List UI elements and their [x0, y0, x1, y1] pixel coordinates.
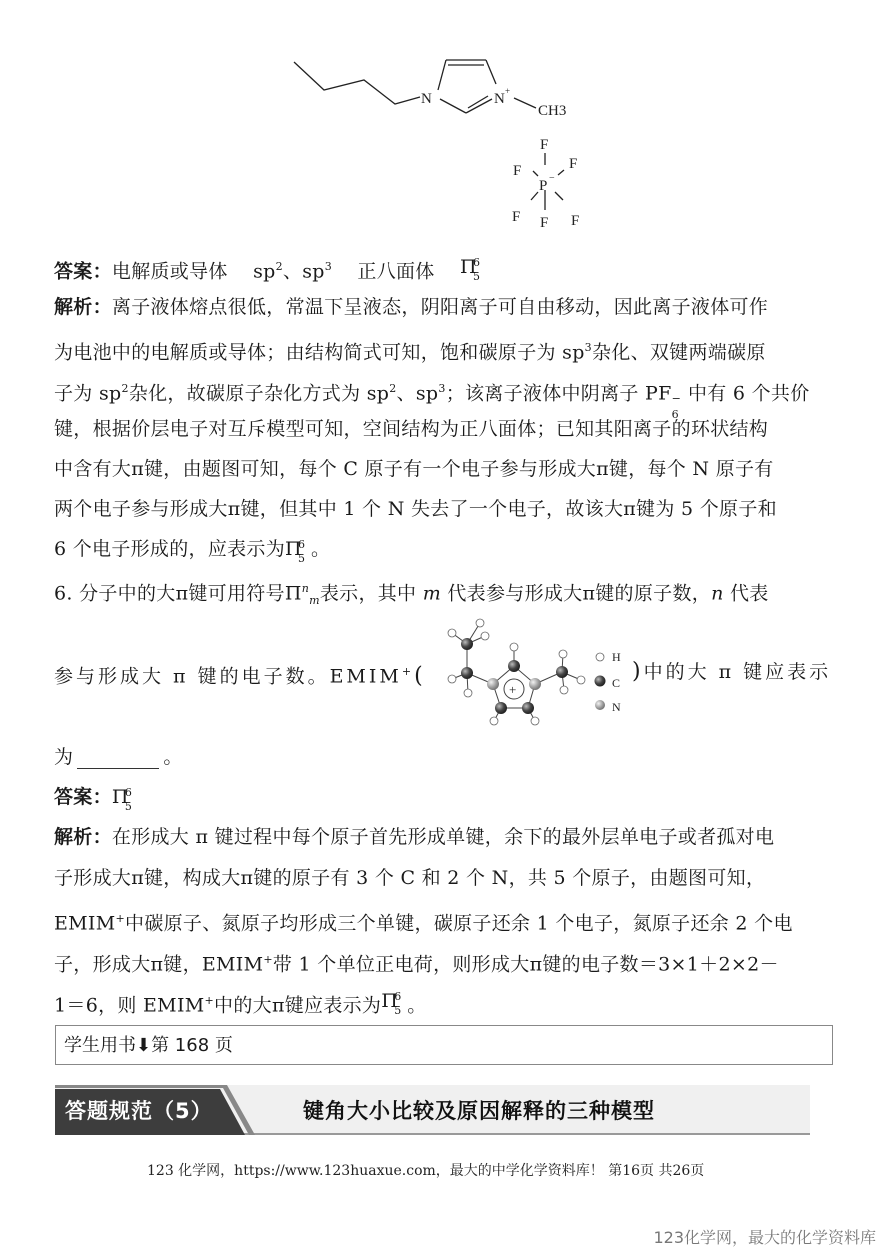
- q5-answer-line: 答案：电解质或导体 sp2、sp3 正八面体 Π65: [54, 255, 486, 283]
- emim-cation-figure: + H C N: [430, 618, 630, 726]
- analysis-text: 为电池中的电解质或导体；由结构简式可知，饱和碳原子为 sp: [54, 341, 585, 363]
- svg-text:F: F: [571, 213, 579, 229]
- analysis-label: 解析：: [54, 826, 112, 848]
- q6-analysis-line-5: 1＝6，则 EMIM+中的大π键应表示为Π65。: [54, 989, 427, 1017]
- q5-analysis-line-6: 两个电子参与形成大π键，但其中 1 个 N 失去了一个电子，故该大π键为 5 个…: [54, 497, 777, 521]
- q6-analysis-line-2: 子形成大π键，构成大π键的原子有 3 个 C 和 2 个 N，共 5 个原子，由…: [54, 866, 765, 890]
- section-banner: 答题规范（5） 键角大小比较及原因解释的三种模型: [55, 1085, 810, 1135]
- answer-part: 、sp: [283, 260, 325, 282]
- superscript: 3: [585, 341, 592, 354]
- superscript: 2: [121, 382, 128, 395]
- analysis-text: 中的大π键应表示为: [214, 994, 381, 1016]
- section-tag: 答题规范（5）: [65, 1095, 213, 1125]
- svg-text:F: F: [540, 137, 548, 153]
- analysis-text: 键，根据价层电子对互斥模型可知，空间结构为正八面体；已知其阳离子的环状结构: [54, 418, 768, 440]
- question-text: 代表参与形成大π键的原子数，: [441, 582, 711, 604]
- legend-n-label: N: [612, 700, 621, 714]
- q6-question-line-1: 6. 分子中的大π键可用符号Πnm表示，其中 m 代表参与形成大π键的原子数，n…: [54, 577, 769, 613]
- analysis-text: 中有 6 个共价: [682, 382, 810, 404]
- svg-text:CH3: CH3: [538, 103, 566, 119]
- q6-analysis-line-3: EMIM+中碳原子、氮原子均形成三个单键，碳原子还余 1 个电子，氮原子还余 2…: [54, 907, 793, 935]
- analysis-text: 杂化、双键两端碳原: [592, 341, 766, 363]
- analysis-text: 子为 sp: [54, 382, 121, 404]
- q5-analysis-line-3: 子为 sp2杂化，故碳原子杂化方式为 sp2、sp3；该离子液体中阴离子 PF−…: [54, 377, 810, 405]
- svg-text:−: −: [549, 173, 555, 184]
- textbook-reference-box: 学生用书⬇第 168 页: [55, 1025, 833, 1065]
- question-text: 6. 分子中的大π键可用符号Π: [54, 582, 302, 604]
- analysis-text: 。: [311, 538, 330, 560]
- answer-part: sp: [253, 260, 276, 282]
- q6-analysis-line-4: 子，形成大π键，EMIM+带 1 个单位正电荷，则形成大π键的电子数＝3×1＋2…: [54, 948, 779, 976]
- legend-n-icon: [595, 700, 605, 710]
- analysis-text: 两个电子参与形成大π键，但其中 1 个 N 失去了一个电子，故该大π键为 5 个…: [54, 498, 777, 520]
- variable-n: n: [711, 582, 724, 604]
- section-title: 键角大小比较及原因解释的三种模型: [303, 1095, 655, 1125]
- superscript: +: [263, 953, 273, 966]
- superscript: 3: [438, 382, 445, 395]
- analysis-text: 1＝6，则 EMIM: [54, 994, 205, 1016]
- superscript: 2: [276, 260, 283, 273]
- analysis-text: 子，形成大π键，EMIM: [54, 953, 263, 975]
- q6-question-line-2-end: )中的大 π 键应表示: [632, 660, 831, 684]
- superscript: +: [402, 665, 414, 678]
- svg-text:N: N: [494, 91, 505, 107]
- svg-text:+: +: [505, 86, 510, 96]
- question-text: 中的大 π 键应表示: [644, 661, 832, 683]
- q6-answer-line: 答案：Π65: [54, 785, 138, 809]
- analysis-text: ；该离子液体中阴离子 PF: [446, 382, 672, 404]
- answer-label: 答案：: [54, 260, 112, 282]
- analysis-text: 。: [407, 994, 426, 1016]
- answer-blank: [77, 748, 159, 769]
- question-text: 。: [163, 746, 182, 768]
- answer-part: 正八面体: [357, 260, 434, 282]
- analysis-label: 解析：: [54, 296, 112, 318]
- answer-part: 电解质或导体: [112, 260, 228, 282]
- textbook-reference-text: 学生用书⬇第 168 页: [64, 1031, 233, 1057]
- superscript: +: [115, 912, 125, 925]
- superscript: 2: [389, 382, 396, 395]
- analysis-text: 子形成大π键，构成大π键的原子有 3 个 C 和 2 个 N，共 5 个原子，由…: [54, 867, 765, 889]
- legend-c-icon: [595, 676, 606, 687]
- answer-label: 答案：: [54, 786, 112, 808]
- q5-analysis-line-5: 中含有大π键，由题图可知，每个 C 原子有一个电子参与形成大π键，每个 N 原子…: [54, 457, 774, 481]
- svg-text:F: F: [569, 156, 577, 172]
- superscript: +: [205, 994, 215, 1007]
- svg-text:F: F: [513, 163, 521, 179]
- q5-analysis-line-2: 为电池中的电解质或导体；由结构简式可知，饱和碳原子为 sp3杂化、双键两端碳原: [54, 336, 766, 364]
- svg-text:P: P: [539, 178, 547, 194]
- q5-analysis-line-4: 键，根据价层电子对互斥模型可知，空间结构为正八面体；已知其阳离子的环状结构: [54, 417, 768, 441]
- legend-h-label: H: [612, 650, 621, 664]
- pi-bond-symbol: Π65: [112, 785, 138, 809]
- pi-bond-symbol: Π65: [285, 537, 311, 561]
- analysis-text: 中含有大π键，由题图可知，每个 C 原子有一个电子参与形成大π键，每个 N 原子…: [54, 458, 774, 480]
- pi-bond-symbol: Π65: [381, 989, 407, 1013]
- legend-c-label: C: [612, 676, 620, 690]
- analysis-text: 、sp: [397, 382, 439, 404]
- legend-h-icon: [596, 653, 604, 661]
- svg-text:F: F: [540, 215, 548, 231]
- analysis-text: 中碳原子、氮原子均形成三个单键，碳原子还余 1 个电子，氮原子还余 2 个电: [125, 912, 793, 934]
- q6-question-line-2: 参与形成大 π 键的电子数。EMIM+(: [54, 660, 426, 688]
- pi-bond-symbol: Π65: [460, 255, 486, 279]
- question-text: 代表: [724, 582, 769, 604]
- ring-charge: +: [509, 682, 516, 697]
- analysis-text: 离子液体熔点很低，常温下呈液态，阴阳离子可自由移动，因此离子液体可作: [112, 296, 768, 318]
- analysis-text: 6 个电子形成的，应表示为: [54, 538, 285, 560]
- question-text: 参与形成大 π 键的电子数。EMIM: [54, 665, 402, 687]
- subscript: m: [309, 594, 320, 607]
- question-text: 为: [54, 746, 73, 768]
- q5-analysis-line-1: 解析：离子液体熔点很低，常温下呈液态，阴阳离子可自由移动，因此离子液体可作: [54, 295, 768, 319]
- variable-m: m: [423, 582, 441, 604]
- svg-text:N: N: [421, 91, 432, 107]
- superscript: 3: [325, 260, 332, 273]
- bmim-pf6-structure-figure: N N + CH3 F F F P − F F F: [280, 40, 600, 240]
- analysis-text: 在形成大 π 键过程中每个原子首先形成单键，余下的最外层单电子或者孤对电: [112, 826, 774, 848]
- paren: (: [414, 663, 426, 688]
- q5-analysis-line-7: 6 个电子形成的，应表示为Π65。: [54, 537, 330, 561]
- analysis-text: 带 1 个单位正电荷，则形成大π键的电子数＝3×1＋2×2－: [273, 953, 779, 975]
- paren: ): [632, 659, 644, 684]
- q6-question-line-3: 为。: [54, 745, 183, 769]
- page-footer: 123 化学网，https://www.123huaxue.com，最大的中学化…: [147, 1160, 704, 1180]
- svg-text:F: F: [512, 209, 520, 225]
- q6-analysis-line-1: 解析：在形成大 π 键过程中每个原子首先形成单键，余下的最外层单电子或者孤对电: [54, 825, 774, 849]
- analysis-text: EMIM: [54, 912, 115, 934]
- watermark: 123化学网，最大的化学资料库: [653, 1225, 876, 1248]
- analysis-text: 杂化，故碳原子杂化方式为 sp: [129, 382, 389, 404]
- question-text: 表示，其中: [320, 582, 423, 604]
